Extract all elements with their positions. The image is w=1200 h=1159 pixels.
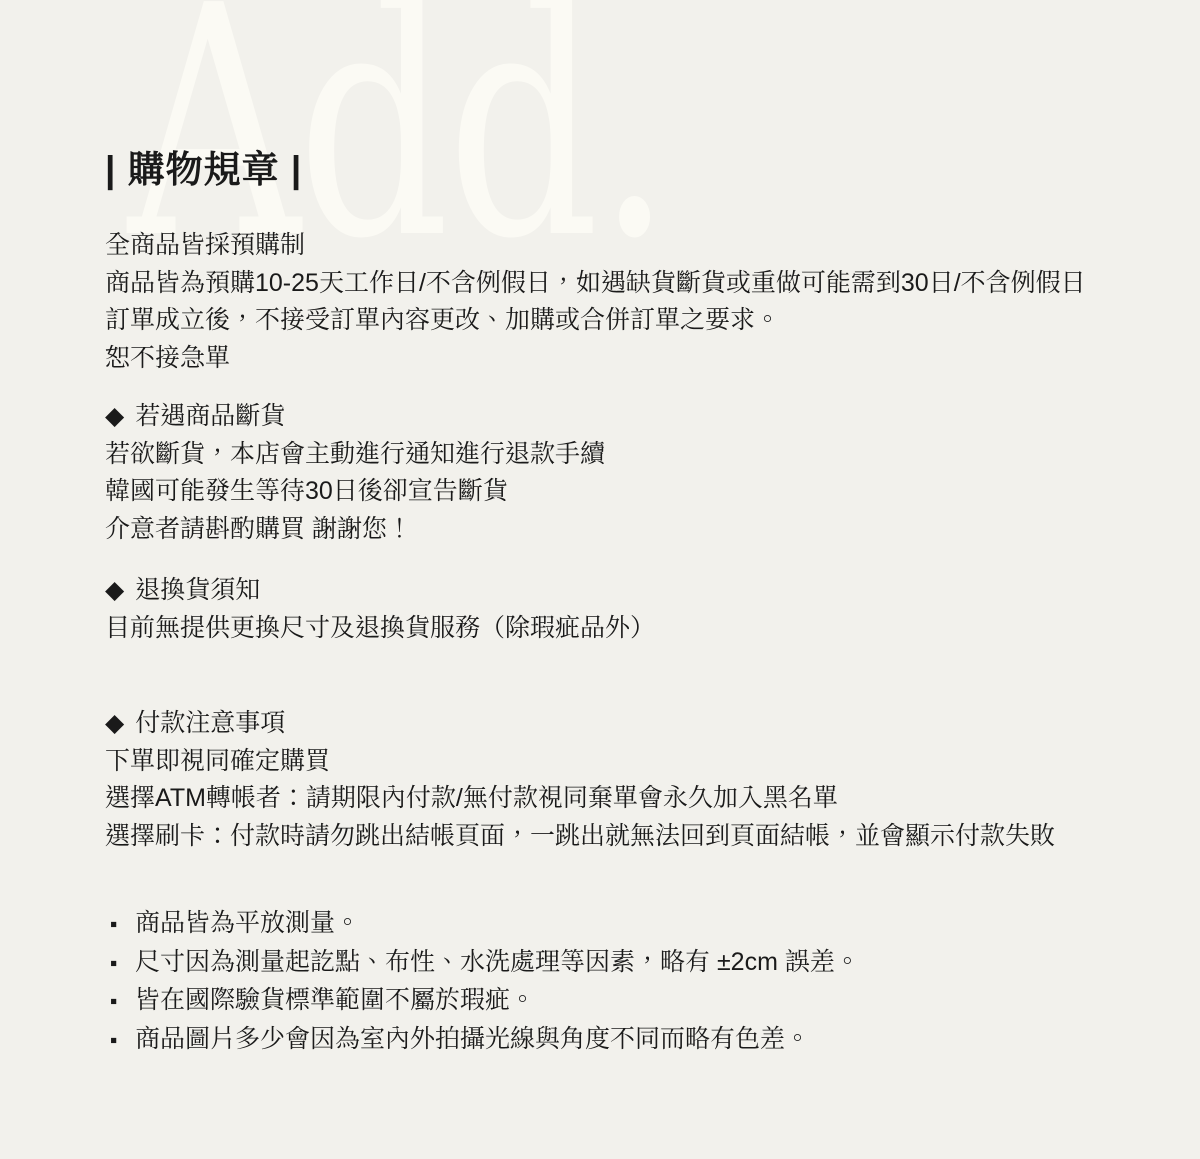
content-area: | 購物規章 | 全商品皆採預購制 商品皆為預購10-25天工作日/不含例假日，… xyxy=(0,0,1200,1059)
section-heading: ◆付款注意事項 xyxy=(105,705,1140,743)
diamond-icon: ◆ xyxy=(105,572,124,610)
section-heading: ◆退換貨須知 xyxy=(105,572,1140,610)
section-line: 目前無提供更換尺寸及退換貨服務（除瑕疵品外） xyxy=(105,610,1140,648)
list-item: ▪商品皆為平放測量。 xyxy=(110,905,1140,944)
note-text: 尺寸因為測量起訖點、布性、水洗處理等因素，略有 ±2cm 誤差。 xyxy=(135,944,860,982)
square-bullet-icon: ▪ xyxy=(110,906,135,944)
note-text: 皆在國際驗貨標準範圍不屬於瑕疵。 xyxy=(135,982,535,1020)
section-heading-text: 退換貨須知 xyxy=(135,576,260,604)
section-line: 選擇刷卡：付款時請勿跳出結帳頁面，一跳出就無法回到頁面結帳，並會顯示付款失敗 xyxy=(105,818,1140,856)
diamond-icon: ◆ xyxy=(105,705,124,743)
shopping-rules-page: Add. | 購物規章 | 全商品皆採預購制 商品皆為預購10-25天工作日/不… xyxy=(0,0,1200,1159)
section-heading: ◆若遇商品斷貨 xyxy=(105,398,1140,436)
section-heading-text: 付款注意事項 xyxy=(135,709,285,737)
section-line: 選擇ATM轉帳者：請期限內付款/無付款視同棄單會永久加入黑名單 xyxy=(105,780,1140,818)
section-line: 介意者請斟酌購買 謝謝您！ xyxy=(105,511,1140,549)
list-item: ▪商品圖片多少會因為室內外拍攝光線與角度不同而略有色差。 xyxy=(110,1021,1140,1060)
note-text: 商品皆為平放測量。 xyxy=(135,905,360,943)
section-line: 下單即視同確定購買 xyxy=(105,743,1140,781)
square-bullet-icon: ▪ xyxy=(110,1022,135,1060)
square-bullet-icon: ▪ xyxy=(110,945,135,983)
section-line: 若欲斷貨，本店會主動進行通知進行退款手續 xyxy=(105,436,1140,474)
section-out-of-stock: ◆若遇商品斷貨 若欲斷貨，本店會主動進行通知進行退款手續 韓國可能發生等待30日… xyxy=(105,398,1140,548)
section-payment-notes: ◆付款注意事項 下單即視同確定購買 選擇ATM轉帳者：請期限內付款/無付款視同棄… xyxy=(105,705,1140,855)
intro-line: 訂單成立後，不接受訂單內容更改、加購或合併訂單之要求。 xyxy=(105,302,1140,340)
square-bullet-icon: ▪ xyxy=(110,983,135,1021)
intro-line: 全商品皆採預購制 xyxy=(105,227,1140,265)
list-item: ▪尺寸因為測量起訖點、布性、水洗處理等因素，略有 ±2cm 誤差。 xyxy=(110,944,1140,983)
section-heading-text: 若遇商品斷貨 xyxy=(135,402,285,430)
list-item: ▪皆在國際驗貨標準範圍不屬於瑕疵。 xyxy=(110,982,1140,1021)
intro-line: 恕不接急單 xyxy=(105,340,1140,378)
preorder-intro-paragraph: 全商品皆採預購制 商品皆為預購10-25天工作日/不含例假日，如遇缺貨斷貨或重做… xyxy=(105,227,1140,377)
page-title: | 購物規章 | xyxy=(105,147,1140,193)
intro-line: 商品皆為預購10-25天工作日/不含例假日，如遇缺貨斷貨或重做可能需到30日/不… xyxy=(105,265,1140,303)
diamond-icon: ◆ xyxy=(105,398,124,436)
section-line: 韓國可能發生等待30日後卻宣告斷貨 xyxy=(105,473,1140,511)
section-returns: ◆退換貨須知 目前無提供更換尺寸及退換貨服務（除瑕疵品外） xyxy=(105,572,1140,647)
note-text: 商品圖片多少會因為室內外拍攝光線與角度不同而略有色差。 xyxy=(135,1021,810,1059)
measurement-notes-list: ▪商品皆為平放測量。 ▪尺寸因為測量起訖點、布性、水洗處理等因素，略有 ±2cm… xyxy=(110,905,1140,1059)
